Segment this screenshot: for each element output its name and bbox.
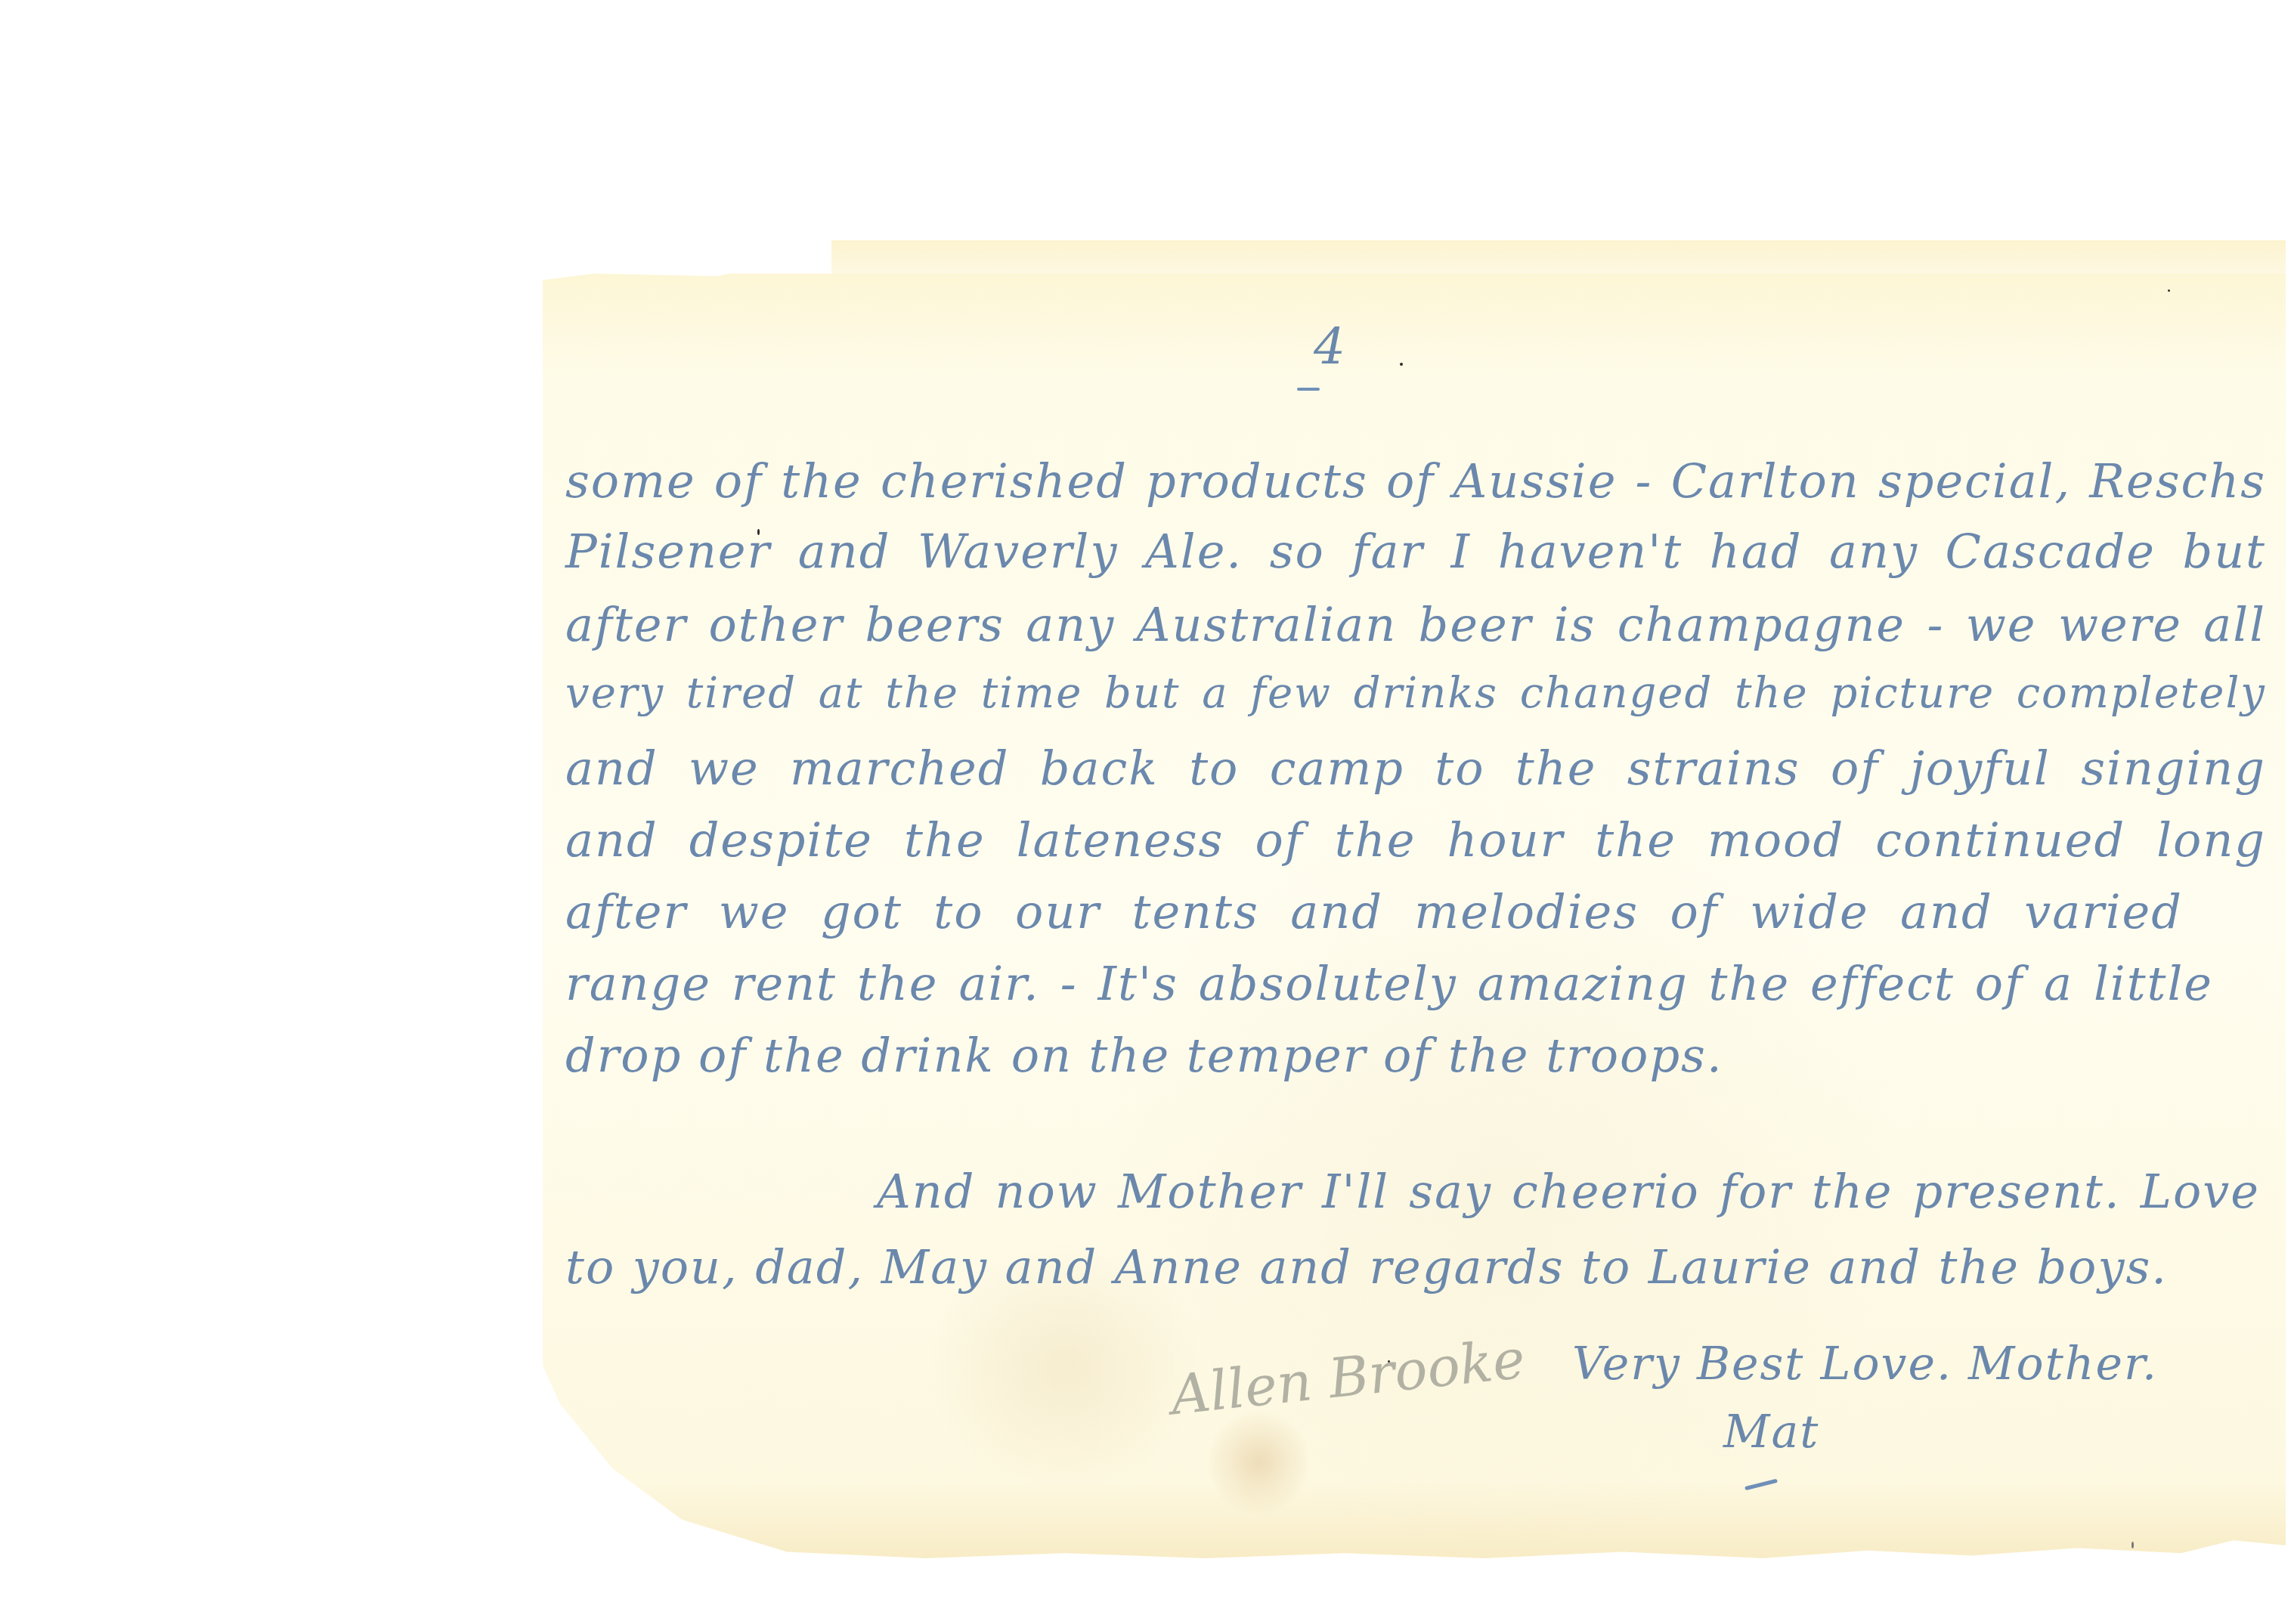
ink-speck: [1400, 363, 1403, 366]
letter-line-text: and despite the lateness of the hour the…: [565, 812, 2266, 868]
letter-line-text: range rent the air. - It's absolutely am…: [565, 956, 2213, 1011]
ink-speck: [2131, 1542, 2134, 1548]
page-number-mark: [1297, 388, 1320, 391]
letter-line-4: very tired at the time but a few drinks …: [565, 669, 2266, 718]
closing-salutation: Very Best Love. Mother.: [1572, 1338, 2158, 1390]
letter-line-5: and we marched back to camp to the strai…: [565, 741, 2266, 796]
letter-line-text: drop of the drink on the temper of the t…: [565, 1028, 1669, 1083]
letter-line-text: after we got to our tents and melodies o…: [565, 884, 2183, 939]
letter-line-text: some of the cherished products of Aussie…: [565, 453, 2266, 509]
letter-line-text: after other beers any Australian beer is…: [565, 597, 2266, 652]
paper-stain: [1209, 1406, 1308, 1519]
ink-speck: [1388, 1360, 1390, 1363]
letter-line-6: and despite the lateness of the hour the…: [565, 812, 2266, 868]
ink-speck: [757, 529, 760, 535]
closing-line-text: And now Mother I'll say cheerio for the …: [877, 1164, 2260, 1219]
letter-line-2: Pilsener and Waverly Ale. so far I haven…: [565, 524, 2266, 579]
ink-speck: [2168, 289, 2170, 292]
letter-line-text: and we marched back to camp to the strai…: [565, 741, 2266, 796]
letter-line-1: some of the cherished products of Aussie…: [565, 453, 2266, 509]
closing-line-text: to you, dad, May and Anne and regards to…: [565, 1239, 2168, 1295]
letter-line-7: after we got to our tents and melodies o…: [565, 884, 2183, 939]
page-number: 4: [1314, 317, 1347, 376]
letter-line-8: range rent the air. - It's absolutely am…: [565, 956, 2213, 1011]
letter-line-text: Pilsener and Waverly Ale. so far I haven…: [565, 524, 2266, 579]
letter-line-9: drop of the drink on the temper of the t…: [565, 1028, 1669, 1083]
letter-line-3: after other beers any Australian beer is…: [565, 597, 2266, 652]
closing-line-2: to you, dad, May and Anne and regards to…: [565, 1239, 2168, 1295]
closing-line-1: And now Mother I'll say cheerio for the …: [877, 1164, 2260, 1219]
signature: Mat: [1723, 1406, 1819, 1459]
letter-line-text: very tired at the time but a few drinks …: [565, 669, 2266, 718]
